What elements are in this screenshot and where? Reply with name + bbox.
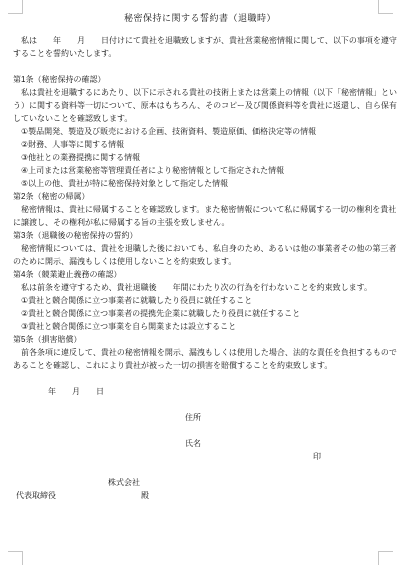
article5-line: 前各条項に違反して、貴社の秘密情報を開示、漏洩もしくは使用した場合、法的な責任を… — [13, 346, 388, 359]
document-title: 秘密保持に関する誓約書（退職時） — [0, 13, 400, 24]
seal-label: 印 — [313, 450, 388, 463]
representative-line: 代表取締役殿 — [16, 489, 388, 502]
article3-heading: 第3条（退職後の秘密保持の誓約） — [13, 229, 388, 242]
corner-mark-top-right — [378, 0, 393, 14]
article2-heading: 第2条（秘密の帰属） — [13, 190, 388, 203]
article1-item-4: ④上司または営業秘密等管理責任者により秘密情報として指定された情報 — [13, 164, 388, 177]
article1-item-5: ⑤以上の他、貴社が特に秘密保持対象として指定した情報 — [13, 177, 388, 190]
corner-mark-top-left — [8, 0, 23, 14]
article5-line: あることを確認し、これにより貴社が被った一切の損害を賠償することを約束致します。 — [13, 359, 388, 372]
blank-line — [13, 463, 388, 476]
article5-heading: 第5条（損害賠償） — [13, 333, 388, 346]
article1-line: う）に関する資料等一切について、原本はもちろん、そのコピー及び関係資料等を貴社に… — [13, 99, 388, 112]
article2-line: に譲渡し、その権利が私に帰属する旨の主張を致しません。 — [13, 216, 388, 229]
article1-line: していないことを確認致します。 — [13, 112, 388, 125]
article4-heading: 第4条（競業避止義務の確認） — [13, 268, 388, 281]
document-page: 秘密保持に関する誓約書（退職時） 私は 年 月 日付けにて貴社を退職致しますが、… — [0, 0, 400, 565]
document-body: 私は 年 月 日付けにて貴社を退職致しますが、貴社営業秘密情報に関して、以下の事… — [13, 34, 388, 502]
honorific-label: 殿 — [141, 491, 149, 500]
blank-line — [13, 424, 388, 437]
article1-line: 私は貴社を退職するにあたり、以下に示される貴社の技術上または営業上の情報（以下「… — [13, 86, 388, 99]
article3-line: 秘密情報については、貴社を退職した後においても、私自身のため、あるいは他の事業者… — [13, 242, 388, 255]
article1-heading: 第1条（秘密保持の確認） — [13, 73, 388, 86]
representative-label: 代表取締役 — [16, 491, 56, 500]
blank-line — [13, 398, 388, 411]
article1-item-1: ①製品開発、製造及び販売における企画、技術資料、製造原価、価格決定等の情報 — [13, 125, 388, 138]
article2-line: 秘密情報は、貴社に帰属することを確認致します。また秘密情報について私に帰属する一… — [13, 203, 388, 216]
article4-line: 私は前条を遵守するため、貴社退職後 年間にわたり次の行為を行わないことを約束致し… — [13, 281, 388, 294]
intro-line: することを誓約いたします。 — [13, 47, 388, 60]
company-label: 株式会社 — [108, 476, 388, 489]
article4-item-3: ③貴社と競合関係に立つ事業を自ら開業または設立すること — [13, 320, 388, 333]
article3-line: のために開示、漏洩もしくは使用しないことを約束致します。 — [13, 255, 388, 268]
blank-line — [13, 372, 388, 385]
article4-item-1: ①貴社と競合関係に立つ事業者に就職したり役員に就任すること — [13, 294, 388, 307]
blank-line — [13, 60, 388, 73]
name-label: 氏名 — [185, 437, 388, 450]
article4-item-2: ②貴社と競合関係に立つ事業者の提携先企業に就職したり役員に就任すること — [13, 307, 388, 320]
corner-mark-bottom-left — [8, 551, 23, 565]
corner-mark-bottom-right — [378, 551, 393, 565]
address-label: 住所 — [185, 411, 388, 424]
article1-item-3: ③他社との業務提携に関する情報 — [13, 151, 388, 164]
date-line: 年 月 日 — [48, 385, 388, 398]
article1-item-2: ②財務、人事等に関する情報 — [13, 138, 388, 151]
intro-line: 私は 年 月 日付けにて貴社を退職致しますが、貴社営業秘密情報に関して、以下の事… — [13, 34, 388, 47]
